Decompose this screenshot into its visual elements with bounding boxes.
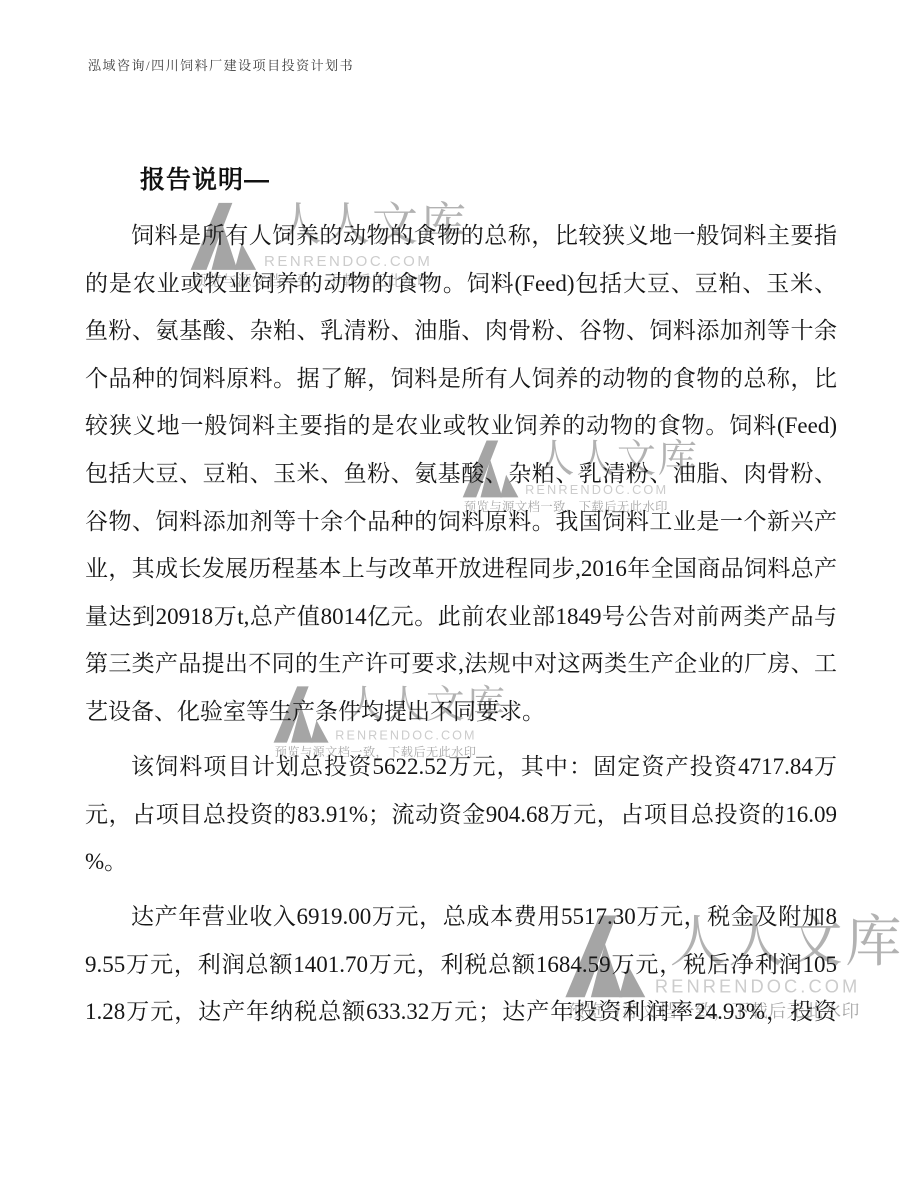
paragraph: 达产年营业收入6919.00万元，总成本费用5517.30万元，税金及附加89.…	[85, 893, 837, 1036]
text-line: 第三类产品提出不同的生产许可要求,法规中对这两类生产企业的厂房、工	[85, 640, 837, 688]
text-line: 该饲料项目计划总投资5622.52万元，其中：固定资产投资4717.84万	[85, 743, 837, 791]
text-line: 谷物、饲料添加剂等十余个品种的饲料原料。我国饲料工业是一个新兴产	[85, 498, 837, 546]
text-line: 达产年营业收入6919.00万元，总成本费用5517.30万元，税金及附加8	[85, 893, 837, 941]
text-line: 元，占项目总投资的83.91%；流动资金904.68万元，占项目总投资的16.0…	[85, 791, 837, 839]
text-line: 较狭义地一般饲料主要指的是农业或牧业饲养的动物的食物。饲料(Feed)	[85, 402, 837, 450]
document-page: 人人文库 RENRENDOC.COM 预览与源文档一致，下载后无此水印 人人文库…	[0, 0, 920, 1191]
document-header: 泓域咨询/四川饲料厂建设项目投资计划书	[88, 55, 354, 74]
paragraph: 该饲料项目计划总投资5622.52万元，其中：固定资产投资4717.84万元，占…	[85, 743, 837, 886]
text-line: 饲料是所有人饲养的动物的食物的总称，比较狭义地一般饲料主要指	[85, 212, 837, 260]
text-line: 9.55万元，利润总额1401.70万元，利税总额1684.59万元，税后净利润…	[85, 941, 837, 989]
text-line: 包括大豆、豆粕、玉米、鱼粉、氨基酸、杂粕、乳清粉、油脂、肉骨粉、	[85, 450, 837, 498]
text-line: 个品种的饲料原料。据了解，饲料是所有人饲养的动物的食物的总称，比	[85, 355, 837, 403]
text-line: 1.28万元，达产年纳税总额633.32万元；达产年投资利润率24.93%，投资	[85, 988, 837, 1036]
text-line: 量达到20918万t,总产值8014亿元。此前农业部1849号公告对前两类产品与	[85, 593, 837, 641]
text-line: 业，其成长发展历程基本上与改革开放进程同步,2016年全国商品饲料总产	[85, 545, 837, 593]
text-line: %。	[85, 838, 837, 886]
page-title: 报告说明—	[140, 160, 270, 196]
text-line: 的是农业或牧业饲养的动物的食物。饲料(Feed)包括大豆、豆粕、玉米、	[85, 260, 837, 308]
text-line: 艺设备、化验室等生产条件均提出不同要求。	[85, 688, 837, 736]
text-line: 鱼粉、氨基酸、杂粕、乳清粉、油脂、肉骨粉、谷物、饲料添加剂等十余	[85, 307, 837, 355]
paragraph: 饲料是所有人饲养的动物的食物的总称，比较狭义地一般饲料主要指的是农业或牧业饲养的…	[85, 212, 837, 736]
